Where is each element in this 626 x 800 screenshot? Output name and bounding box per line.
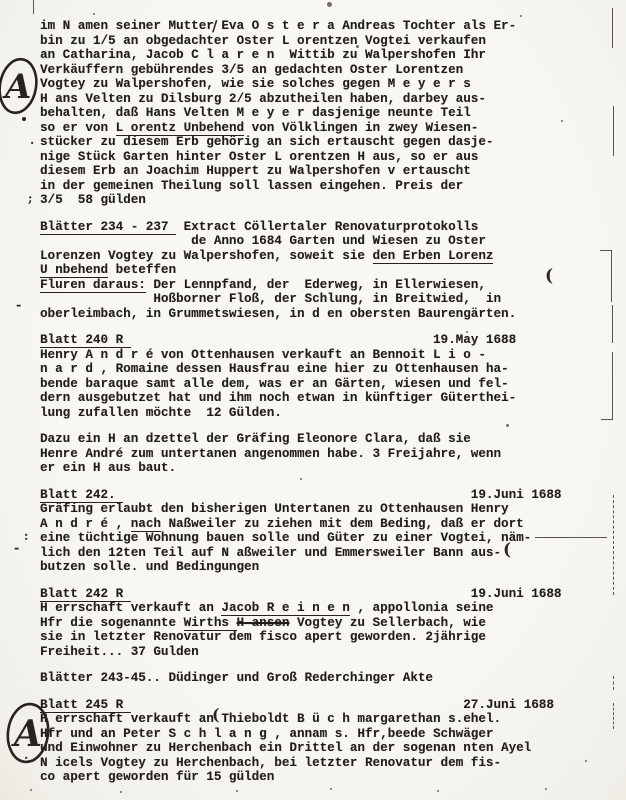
scan-speck [30,789,32,791]
text-line: Hfr und an Peter S c h l a n g , annam s… [40,727,561,742]
paragraph: Blatt 242. 19.Juni 1688Gräfing erlaubt d… [40,488,561,575]
text-line: dern ausgebutzet hat und ihm noch etwan … [40,391,561,406]
text-segment: beteffen [108,263,176,277]
text-line: U nbehend beteffen [40,263,561,278]
underlined-text: Blatt 242. [40,488,123,503]
scan-speck [545,788,547,790]
underlined-text: Blätter 234 - 237 [40,220,176,235]
text-line: Blatt 245 R 27.Juni 1688 [40,698,561,713]
scan-speck [93,13,95,15]
text-segment: bin zu 1/5 an obgedachter Oster L orentz… [40,34,486,48]
pencil-margin-line [33,0,34,14]
handwritten-mark: - [16,298,21,313]
text-segment: de Anno 1684 Garten und Wiesen zu Oster [40,234,486,248]
underlined-text: Jacob R e i n e n [221,601,349,616]
text-line: Fluren daraus: Der Lennpfand, der Ederwe… [40,278,561,293]
text-line: lung zufallen möchte 12 Gülden. [40,406,561,421]
text-line: H errschaft verkauft an Thieboldt B ü c … [40,712,561,727]
pencil-margin-line [612,305,613,343]
paragraph: Blatt 242 R 19.Juni 1688H errschaft verk… [40,587,561,660]
pencil-margin-line [612,8,613,48]
text-line: Hoßborner Floß, der Schlung, in Breitwie… [40,292,561,307]
text-line: co apert geworden für 15 gülden [40,770,561,785]
text-line: de Anno 1684 Garten und Wiesen zu Oster [40,234,561,249]
scan-speck [585,760,587,762]
text-segment: 19.Juni 1688 [131,587,562,601]
scan-speck [236,790,238,792]
struck-text: H ansen [237,616,290,630]
text-segment: nige Stück Garten hinter Oster L orentze… [40,150,478,164]
scan-speck [520,15,522,17]
text-segment: Naßweiler zu ziehen mit dem Beding, daß … [161,517,524,531]
text-line: und Einwohner zu Herchenbach ein Drittel… [40,741,561,756]
paragraph: Blatt 245 R 27.Juni 1688H errschaft verk… [40,698,561,785]
text-line: lich den 12ten Teil auf N aßweiler und E… [40,546,561,561]
text-line: sie in letzter Renovatur dem fisco apert… [40,630,561,645]
text-segment: Lorenzen Vogtey zu Walpershofen, soweit … [40,249,373,263]
text-segment: eine tüchtige Wohnung bauen solle und Gü… [40,531,531,545]
scan-speck [300,478,302,480]
typewriter-text: im N amen seiner Mutter Eva O s t e r a … [40,19,561,785]
text-segment: H ans Velten zu Dilsburg 2/5 abzutheilen… [40,92,486,106]
text-line: in der gemeinen Theilung soll lassen ein… [40,179,561,194]
paragraph: Blatt 240 R 19.May 1688Henry A n d r é v… [40,333,561,420]
text-line: an Catharina, Jacob C l a r e n Wittib z… [40,48,561,63]
text-segment: behalten, daß Hans Velten M e y e r dasj… [40,106,471,120]
text-line: Dazu ein H an dzettel der Gräfing Eleono… [40,432,561,447]
text-segment: in der gemeinen Theilung soll lassen ein… [40,179,463,193]
pencil-margin-line [600,250,612,251]
circled-letter-mark-top: A [0,50,43,130]
scan-speck [120,791,122,793]
text-line: Lorenzen Vogtey zu Walpershofen, soweit … [40,249,561,264]
text-segment: A n d r é , [40,517,131,531]
svg-text:A: A [11,713,42,755]
paragraph: Dazu ein H an dzettel der Gräfing Eleono… [40,432,561,476]
text-line: diesem Erb an Joachim Huppert zu Walpers… [40,164,561,179]
text-line: Blätter 243-45.. Düdinger und Groß Reder… [40,671,561,686]
text-segment: Henre André zum untertanen angenommen ha… [40,447,501,461]
text-segment: Dazu ein H an dzettel der Gräfing Eleono… [40,432,471,446]
text-segment: im N amen seiner Mutter Eva O s t e r a … [40,19,516,33]
text-segment: Extract Cöllertaler Renovaturprotokolls [176,220,478,234]
text-line: 3/5 58 gülden [40,193,561,208]
scan-speck [561,120,563,122]
text-line: Hfr die sogenannte Wirths H ansen Vogtey… [40,616,561,631]
circled-letter-mark-bottom: A [2,698,56,776]
handwritten-mark: : [24,752,28,766]
underlined-text: nach [131,517,161,532]
underlined-text: Fluren daraus: [40,278,146,293]
scan-speck [327,2,332,7]
text-segment: lung zufallen möchte 12 Gülden. [40,406,282,420]
text-segment: stücker zu diesem Erb gehörig an sich er… [40,135,493,149]
pencil-margin-line [611,250,612,302]
scanned-document-page: im N amen seiner Mutter Eva O s t e r a … [0,0,626,800]
text-line: Henre André zum untertanen angenommen ha… [40,447,561,462]
text-segment: Hfr und an Peter S c h l a n g , annam s… [40,727,493,741]
text-segment: bende baraque samt alle dem, was er an G… [40,377,509,391]
text-segment: n a r d , Romaine dessen Hausfrau eine h… [40,362,509,376]
text-line: A n d r é , nach Naßweiler zu ziehen mit… [40,517,561,532]
text-line: Henry A n d r é von Ottenhausen verkauft… [40,348,561,363]
text-segment: oberleimbach, in Grummetswiesen, in d en… [40,307,516,321]
text-segment: H errschaft verkauft an [40,601,221,615]
pencil-margin-line [613,106,614,156]
text-segment: 27.Juni 1688 [131,698,554,712]
text-line: H ans Velten zu Dilsburg 2/5 abzutheilen… [40,92,561,107]
text-segment: lich den 12ten Teil auf N aßweiler und E… [40,546,501,560]
text-line: er ein H aus baut. [40,461,561,476]
text-segment: von Völklingen in zwey Wiesen- [244,121,478,135]
text-line: Blatt 242 R 19.Juni 1688 [40,587,561,602]
text-line: Vogtey zu Walpershofen, wie sie solches … [40,77,561,92]
handwritten-mark: ( [545,266,553,286]
text-line: Blatt 242. 19.Juni 1688 [40,488,561,503]
scan-speck [330,788,332,790]
scan-speck [466,331,468,333]
text-segment: dern ausgebutzet hat und ihm noch etwan … [40,391,516,405]
text-segment: , appollonia seine [350,601,494,615]
text-line: Blatt 240 R 19.May 1688 [40,333,561,348]
text-line: butzen solle. und Bedingungen [40,560,561,575]
scan-speck [356,45,359,48]
text-segment: Hfr die sogenannte [40,616,184,630]
scan-speck [506,424,509,427]
handwritten-mark: ( [503,540,511,560]
pencil-margin-line [613,495,614,595]
text-segment: Vogtey zu Walpershofen, wie sie solches … [40,77,471,91]
underlined-text: den Erben Lorenz [373,249,494,264]
underlined-text: L orentz Unbehend [116,121,244,136]
text-segment: N icels Vogtey zu Herchenbach, bei letzt… [40,756,501,770]
text-segment: Hoßborner Floß, der Schlung, in Breitwie… [40,292,501,306]
text-line: N icels Vogtey zu Herchenbach, bei letzt… [40,756,561,771]
scan-speck [437,790,439,792]
text-segment: Freiheit... 37 Gulden [40,645,199,659]
text-segment: Blätter 243-45.. Düdinger und Groß Reder… [40,671,433,685]
pencil-margin-line [613,703,614,729]
paragraph: Blätter 234 - 237 Extract Cöllertaler Re… [40,220,561,322]
text-line: Gräfing erlaubt den bisherigen Untertane… [40,502,561,517]
underlined-text: Blatt 240 R [40,333,131,348]
text-segment: 19.May 1688 [131,333,516,347]
paragraph: im N amen seiner Mutter Eva O s t e r a … [40,19,561,208]
text-line: Verkäuffern gebührendes 3/5 an gedachten… [40,63,561,78]
handwritten-mark: ; [28,191,32,205]
text-segment: butzen solle. und Bedingungen [40,560,259,574]
underlined-text: U nbehend [40,263,108,278]
text-line: bende baraque samt alle dem, was er an G… [40,377,561,392]
text-line: so er von L orentz Unbehend von Völkling… [40,121,561,136]
text-line: nige Stück Garten hinter Oster L orentze… [40,150,561,165]
text-line: H errschaft verkauft an Jacob R e i n e … [40,601,561,616]
underlined-text: Wirths [184,616,237,631]
text-segment: sie in letzter Renovatur dem fisco apert… [40,630,486,644]
text-line: oberleimbach, in Grummetswiesen, in d en… [40,307,561,322]
text-segment: und Einwohner zu Herchenbach ein Drittel… [40,741,531,755]
text-segment: Verkäuffern gebührendes 3/5 an gedachten… [40,63,463,77]
handwritten-mark: - [14,541,19,556]
text-line: eine tüchtige Wohnung bauen solle und Gü… [40,531,561,546]
text-segment: H errschaft verkauft an Thieboldt B ü c … [40,712,501,726]
underlined-text: Blatt 242 R [40,587,131,602]
text-line: Blätter 234 - 237 Extract Cöllertaler Re… [40,220,561,235]
pencil-margin-line [612,352,613,420]
paragraph: Blätter 243-45.. Düdinger und Groß Reder… [40,671,561,686]
text-segment: Vogtey zu Sellerbach, wie [289,616,486,630]
text-line: stücker zu diesem Erb gehörig an sich er… [40,135,561,150]
pencil-margin-line [535,537,607,538]
pencil-margin-line [601,419,613,420]
text-segment: co apert geworden für 15 gülden [40,770,274,784]
handwritten-mark: : [24,529,28,543]
handwritten-mark: ( [212,705,220,724]
handwritten-mark: ∕ [212,17,217,35]
text-line: Freiheit... 37 Gulden [40,645,561,660]
text-segment: Henry A n d r é von Ottenhausen verkauft… [40,348,486,362]
text-segment: an Catharina, Jacob C l a r e n Wittib z… [40,48,486,62]
text-line: im N amen seiner Mutter Eva O s t e r a … [40,19,561,34]
text-line: behalten, daß Hans Velten M e y e r dasj… [40,106,561,121]
text-segment: er ein H aus baut. [40,461,176,475]
handwritten-mark: · [30,136,34,150]
text-line: bin zu 1/5 an obgedachter Oster L orentz… [40,34,561,49]
text-segment: so er von [40,121,116,135]
text-segment: 3/5 58 gülden [40,193,146,207]
svg-text:A: A [2,67,31,107]
text-segment: Der Lennpfand, der Ederweg, in Ellerwies… [146,278,486,292]
text-segment: Gräfing erlaubt den bisherigen Untertane… [40,502,509,516]
text-segment: 19.Juni 1688 [123,488,561,502]
pencil-margin-line [613,676,614,690]
text-segment: diesem Erb an Joachim Huppert zu Walpers… [40,164,471,178]
text-line: n a r d , Romaine dessen Hausfrau eine h… [40,362,561,377]
